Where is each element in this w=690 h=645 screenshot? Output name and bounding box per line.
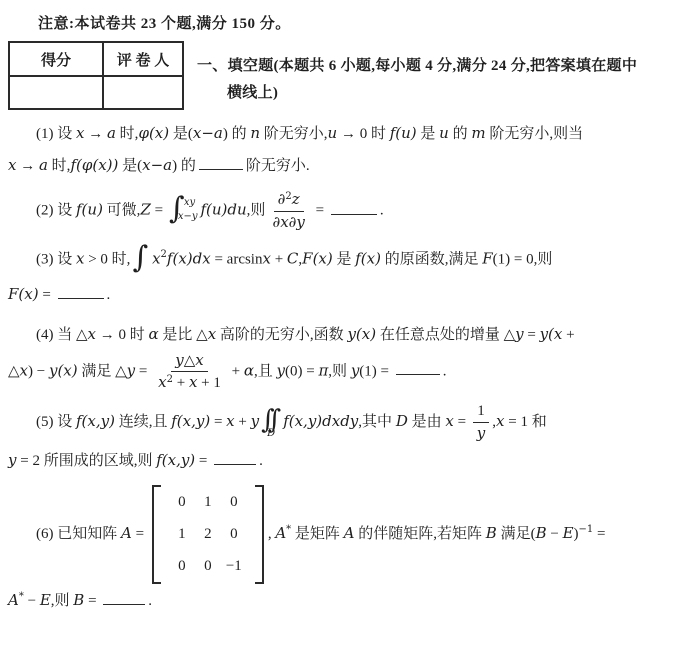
score-table-cell-grader	[104, 77, 182, 108]
integral: ∫xyx−y	[169, 193, 199, 229]
math-superscript: 2	[161, 249, 167, 260]
math-var: x	[208, 325, 216, 343]
math-text: =	[151, 203, 167, 219]
matrix-left-bracket	[152, 485, 161, 584]
math-text: +	[235, 414, 251, 430]
fraction-denominator: ∂x∂y	[268, 212, 308, 233]
math-text: 是	[333, 251, 356, 267]
question-line: (6) 已知知阵 A = 01012000−1, A* 是矩阵 A 的伴随矩阵,…	[8, 485, 680, 584]
math-text: .	[380, 203, 384, 219]
math-var: f(φ(x))	[70, 156, 118, 174]
math-text: ,则	[51, 593, 74, 609]
math-text: )	[574, 525, 579, 541]
section-heading-line2: 横线上)	[227, 80, 680, 107]
math-text: → 0 时	[337, 126, 390, 142]
math-var: y	[515, 325, 523, 343]
math-text: ) −	[28, 363, 49, 379]
math-text: (1) = 0,则	[493, 251, 553, 267]
fraction: y△xx2 + x + 1	[154, 351, 225, 394]
double-integral-domain: D	[267, 429, 275, 439]
question-line: △x) − y(x) 满足 △y = y△xx2 + x + 1 + α,且 y…	[8, 351, 680, 394]
math-var: D	[396, 412, 408, 430]
math-text: 高阶的无穷小,函数	[216, 327, 347, 343]
answer-blank	[214, 450, 256, 465]
math-text: 是	[417, 126, 440, 142]
math-var: E	[563, 523, 574, 541]
matrix-cell: 0	[221, 525, 247, 544]
math-text: → 0 时	[96, 327, 149, 343]
questions-list: (1) 设 x → a 时,φ(x) 是(x−a) 的 n 阶无穷小,u → 0…	[8, 118, 680, 618]
question-2: (2) 设 f(u) 可微,Z = ∫xyx−yf(u)du,则∂2z∂x∂y …	[8, 190, 680, 233]
math-var: f(x,y)dxdy	[283, 412, 358, 430]
math-var: f(x,y)	[156, 451, 195, 469]
math-var: y	[127, 361, 135, 379]
integral-lower-limit: x−y	[178, 202, 198, 232]
fraction-numerator: y△x	[171, 351, 208, 373]
math-var: y(x	[540, 325, 563, 343]
math-text: .	[443, 363, 447, 379]
answer-blank	[58, 284, 104, 299]
math-text: = 2 所围成的区域,则	[16, 453, 156, 469]
question-6: (6) 已知知阵 A = 01012000−1, A* 是矩阵 A 的伴随矩阵,…	[8, 485, 680, 618]
math-var: x	[226, 412, 234, 430]
math-var: A	[275, 523, 286, 541]
fraction-numerator: 1	[473, 402, 489, 423]
math-text: =	[454, 414, 470, 430]
math-var: f(u)	[76, 201, 103, 219]
math-text: =	[132, 525, 148, 541]
math-text: 的伴随矩阵,若矩阵	[355, 525, 486, 541]
score-table-header-grader: 评 卷 人	[104, 43, 182, 77]
header-row: 得分 评 卷 人 一、填空题(本题共 6 小题,每小题 4 分,满分 24 分,…	[8, 41, 680, 110]
math-text: 在任意点处的增量 △	[376, 327, 515, 343]
math-var: B	[73, 591, 84, 609]
matrix-cell: 0	[221, 493, 247, 512]
math-text: −	[547, 525, 563, 541]
math-text: 连续,且	[115, 414, 171, 430]
exam-notice: 注意:本试卷共 23 个题,满分 150 分。	[38, 12, 680, 33]
math-var: y	[251, 412, 259, 430]
math-var: x	[496, 412, 504, 430]
answer-blank	[396, 361, 440, 376]
math-var: u	[439, 124, 449, 142]
math-var: f(x,y)	[76, 412, 115, 430]
math-text: −	[24, 593, 40, 609]
question-1: (1) 设 x → a 时,φ(x) 是(x−a) 的 n 阶无穷小,u → 0…	[8, 118, 680, 181]
math-var: B	[486, 523, 497, 541]
matrix-cell: 1	[195, 493, 221, 512]
math-text: 是矩阵	[291, 525, 344, 541]
math-text: = arcsin	[211, 251, 263, 267]
score-table-cell-score	[10, 77, 104, 108]
math-text: 是(	[118, 158, 142, 174]
math-var: z	[292, 190, 300, 208]
fraction: 1y	[473, 402, 489, 444]
matrix-cells: 01012000−1	[161, 485, 255, 584]
matrix-cell: 0	[169, 557, 195, 576]
question-line: (3) 设 x > 0 时,∫x2f(x)dx = arcsinx + C,F(…	[8, 242, 680, 278]
question-line: x → a 时,f(φ(x)) 是(x−a) 的阶无穷小.	[8, 150, 680, 181]
math-var: F(x)	[302, 249, 333, 267]
matrix-cell: 2	[195, 525, 221, 544]
section-heading: 一、填空题(本题共 6 小题,每小题 4 分,满分 24 分,把答案填在题中 横…	[197, 41, 680, 107]
question-line: F(x) = .	[8, 279, 680, 310]
math-var: x	[88, 325, 96, 343]
math-text: +	[228, 363, 244, 379]
math-var: f(u)du	[200, 201, 246, 219]
math-var: x	[20, 361, 28, 379]
math-var: π	[318, 361, 328, 379]
math-superscript: *	[286, 524, 291, 535]
math-text: 是比 △	[159, 327, 208, 343]
fraction-numerator: ∂2z	[274, 190, 304, 212]
math-text: 满足(	[497, 525, 536, 541]
math-text: →	[84, 126, 107, 142]
math-var: α	[244, 361, 254, 379]
math-text: 是(	[169, 126, 193, 142]
math-text: ) 的	[172, 158, 196, 174]
math-var: x	[262, 249, 270, 267]
matrix-cell: 1	[169, 525, 195, 544]
question-line: (2) 设 f(u) 可微,Z = ∫xyx−yf(u)du,则∂2z∂x∂y …	[8, 190, 680, 233]
math-text: →	[16, 158, 39, 174]
math-var: F(x)	[8, 285, 39, 303]
integral: ∫	[132, 242, 150, 278]
math-superscript: 2	[167, 374, 173, 385]
math-var: A	[8, 591, 19, 609]
math-text: 可微,	[103, 203, 141, 219]
math-text: =	[195, 453, 211, 469]
math-text: △	[8, 363, 20, 379]
math-text: +	[271, 251, 287, 267]
math-var: n	[250, 124, 260, 142]
math-var: E	[40, 591, 51, 609]
math-text: ,则	[328, 363, 351, 379]
math-text: =	[312, 203, 328, 219]
math-text: 1	[477, 403, 485, 419]
question-line: (4) 当 △x → 0 时 α 是比 △x 高阶的无穷小,函数 y(x) 在任…	[8, 319, 680, 350]
math-text: =	[524, 327, 540, 343]
math-text: (6) 已知知阵	[36, 525, 121, 541]
math-text: ,且	[254, 363, 277, 379]
math-var: a	[107, 124, 116, 142]
math-text: .	[107, 287, 111, 303]
math-text: (3) 设	[36, 251, 76, 267]
question-5: (5) 设 f(x,y) 连续,且 f(x,y) = x + y∫∫Df(x,y…	[8, 402, 680, 476]
math-var: f(x)dx	[167, 249, 211, 267]
math-var: α	[149, 325, 159, 343]
math-text: 阶无穷小,	[260, 126, 328, 142]
math-var: y	[277, 361, 285, 379]
math-var: y	[175, 351, 183, 369]
math-text: (4) 当 △	[36, 327, 88, 343]
math-text: + 1	[197, 375, 220, 391]
math-var: x−a	[142, 156, 172, 174]
math-superscript: −1	[579, 524, 594, 535]
math-var: u	[328, 124, 338, 142]
math-text: 满足 △	[78, 363, 127, 379]
math-text: ,则	[247, 203, 266, 219]
math-text: =	[39, 287, 55, 303]
question-3: (3) 设 x > 0 时,∫x2f(x)dx = arcsinx + C,F(…	[8, 242, 680, 310]
math-var: ∂x∂y	[272, 213, 304, 231]
matrix: 01012000−1	[152, 485, 264, 584]
fraction: ∂2z∂x∂y	[268, 190, 308, 233]
math-text: .	[259, 453, 263, 469]
math-text: (1) =	[359, 363, 392, 379]
math-var: f(u)	[390, 124, 417, 142]
math-text: 阶无穷小.	[246, 158, 310, 174]
answer-blank	[331, 200, 377, 215]
math-text: =	[593, 525, 605, 541]
math-var: x	[152, 249, 160, 267]
fraction-denominator: x2 + x + 1	[154, 372, 225, 393]
math-text: (1) 设	[36, 126, 76, 142]
math-text: 是由	[408, 414, 446, 430]
math-text: 的原函数,满足	[381, 251, 482, 267]
math-var: f(x,y)	[171, 412, 210, 430]
question-line: (1) 设 x → a 时,φ(x) 是(x−a) 的 n 阶无穷小,u → 0…	[8, 118, 680, 149]
math-text: =	[210, 414, 226, 430]
math-var: m	[471, 124, 485, 142]
answer-blank	[103, 590, 145, 605]
math-text: ) 的	[223, 126, 251, 142]
matrix-right-bracket	[255, 485, 264, 584]
math-var: a	[39, 156, 48, 174]
math-var: x	[158, 373, 166, 391]
math-text: 时,	[116, 126, 139, 142]
math-var: y	[477, 424, 485, 442]
math-text: +	[562, 327, 574, 343]
fraction-denominator: y	[473, 423, 489, 444]
math-var: A	[121, 523, 132, 541]
math-text: 阶无穷小,则当	[486, 126, 584, 142]
math-var: Z	[140, 201, 150, 219]
math-text: 的	[449, 126, 472, 142]
answer-blank	[199, 156, 243, 171]
math-text: △	[184, 353, 196, 369]
math-var: F	[482, 249, 492, 267]
score-table: 得分 评 卷 人	[8, 41, 184, 110]
exam-page: 注意:本试卷共 23 个题,满分 150 分。 得分 评 卷 人 一、填空题(本…	[0, 0, 690, 645]
matrix-cell: 0	[169, 493, 195, 512]
question-line: (5) 设 f(x,y) 连续,且 f(x,y) = x + y∫∫Df(x,y…	[8, 402, 680, 444]
matrix-cell: −1	[221, 557, 247, 576]
math-text: 时,	[48, 158, 71, 174]
math-text: (5) 设	[36, 414, 76, 430]
math-var: x−a	[193, 124, 223, 142]
math-var: x	[195, 351, 203, 369]
math-text: .	[148, 593, 152, 609]
integral-glyph: ∫	[132, 240, 148, 275]
matrix-cell: 0	[195, 557, 221, 576]
math-var: B	[536, 523, 547, 541]
math-text: (0) =	[285, 363, 318, 379]
question-line: y = 2 所围成的区域,则 f(x,y) = .	[8, 445, 680, 476]
math-var: x	[445, 412, 453, 430]
math-text: ,其中	[358, 414, 396, 430]
math-text: +	[173, 375, 189, 391]
math-var: f(x)	[355, 249, 381, 267]
math-var: A	[344, 523, 355, 541]
question-4: (4) 当 △x → 0 时 α 是比 △x 高阶的无穷小,函数 y(x) 在任…	[8, 319, 680, 394]
math-text: > 0 时,	[84, 251, 130, 267]
math-text: (2) 设	[36, 203, 76, 219]
math-text: =	[84, 593, 100, 609]
math-var: y(x)	[347, 325, 376, 343]
math-var: y(x)	[49, 361, 78, 379]
math-superscript: *	[19, 591, 24, 602]
math-text: =	[135, 363, 151, 379]
math-var: φ(x)	[138, 124, 169, 142]
question-line: A* − E,则 B = .	[8, 585, 680, 618]
double-integral: ∫∫D	[261, 407, 281, 439]
math-text: = 1 和	[505, 414, 547, 430]
score-table-header-score: 得分	[10, 43, 104, 77]
math-var: C	[287, 249, 298, 267]
math-superscript: 2	[285, 191, 291, 202]
section-heading-line1: 一、填空题(本题共 6 小题,每小题 4 分,满分 24 分,把答案填在题中	[197, 53, 680, 80]
